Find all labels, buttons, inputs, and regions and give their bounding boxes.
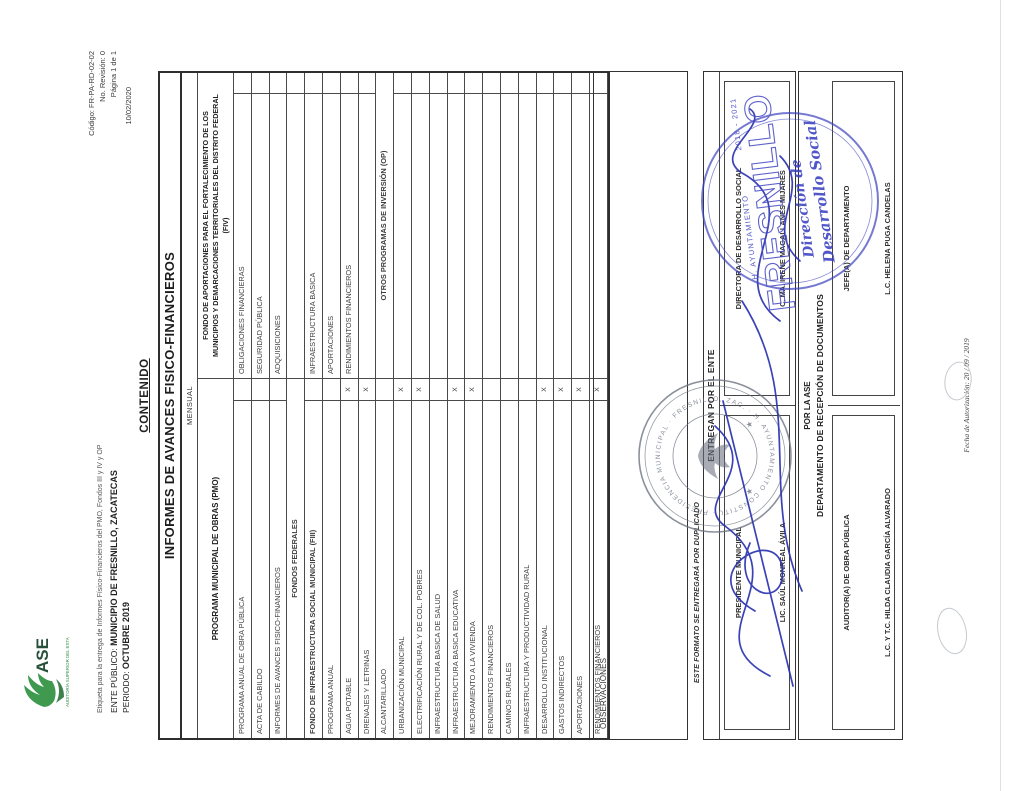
ase-subheader: DEPARTAMENTO DE RECEPCIÓN DE DOCUMENTOS — [814, 72, 828, 739]
table-row: DRENAJES Y LETRINASX — [359, 73, 377, 738]
fund-cell — [448, 93, 465, 378]
form-caption: Etiqueta para la entrega de Informes Fís… — [97, 445, 104, 713]
fund-cell — [430, 93, 447, 378]
signer-title: PRESIDENTE MUNICIPAL — [734, 416, 743, 729]
x-mark-cell — [519, 73, 536, 93]
program-cell: DRENAJES Y LETRINAS — [359, 400, 376, 738]
fund-cell — [537, 93, 554, 378]
x-mark-cell: X — [359, 378, 376, 400]
period-value: OCTUBRE 2019 — [121, 602, 131, 669]
x-mark-cell: X — [537, 378, 554, 400]
fund-cell — [394, 93, 411, 378]
entregan-block: ENTREGAN POR EL ENTE PRESIDENTE MUNICIPA… — [703, 71, 796, 740]
fund-cell — [519, 93, 536, 378]
program-cell: ELECTRIFICACIÓN RURAL Y DE COL. POBRES — [412, 400, 429, 738]
duplicate-note: ESTE FORMATO SE ENTREGARÁ POR DUPLICADO — [694, 502, 701, 683]
table-row: ELECTRIFICACIÓN RURAL Y DE COL. POBRESX — [412, 73, 430, 738]
x-mark-cell — [394, 73, 411, 93]
x-mark-cell — [465, 73, 482, 93]
program-cell: INFRAESTRUCTURA BASICA DE SALUD — [430, 400, 447, 738]
table-row: INFRAESTRUCTURA Y PRODUCTIVIDAD RURAL — [519, 73, 537, 738]
x-mark-cell — [305, 73, 322, 93]
signature-box: PRESIDENTE MUNICIPAL LIC. SAÚL MONREAL Á… — [724, 415, 790, 730]
program-cell: ALCANTARILLADO — [376, 400, 393, 738]
x-mark-cell — [483, 73, 500, 93]
signature-box: DIRECTORA DE DESARROLLO SOCIAL C. MA. IR… — [724, 81, 790, 396]
fund-cell: APORTACIONES — [323, 93, 340, 378]
table-row: GASTOS INDIRECTOSX — [554, 73, 572, 738]
table-row: FONDOS FEDERALES — [287, 73, 305, 738]
form-codes: Código: FR-PA-RD-02-02 No. Revisión: 0 P… — [86, 51, 119, 351]
print-date: 10/02/2020 — [124, 87, 133, 351]
program-cell: GASTOS INDIRECTOS — [554, 400, 571, 738]
signature-box: JEFE(A) DE DEPARTAMENTO L.C. HELENA PUGA… — [832, 81, 895, 396]
table-row: RENDIMIENTOS FINANCIEROS — [483, 73, 501, 738]
x-mark-cell — [323, 73, 340, 93]
program-cell: PROGRAMA ANUAL DE OBRA PÚBLICA — [234, 400, 251, 738]
fund-cell: INFRAESTRUCTURA BASICA — [305, 93, 322, 378]
program-cell: ACTA DE CABILDO — [252, 400, 269, 738]
x-mark-cell — [252, 73, 269, 93]
table-row: FONDO DE INFRAESTRUCTURA SOCIAL MUNICIPA… — [305, 73, 323, 738]
x-mark-cell — [359, 73, 376, 93]
fund-cell — [572, 93, 589, 378]
fund-cell — [483, 93, 500, 378]
table-row: APORTACIONESX — [572, 73, 590, 738]
scanned-document-canvas: ASE AUDITORÍA SUPERIOR DEL ESTADO Código… — [0, 0, 1024, 791]
x-mark-cell — [323, 378, 340, 400]
table-row: INFRAESTRUCTURA BASICA EDUCATIVAX — [448, 73, 466, 738]
program-cell: RENDIMIENTOS FINANCIEROS — [483, 400, 500, 738]
signer-title: DIRECTORA DE DESARROLLO SOCIAL — [734, 82, 743, 395]
x-mark-cell — [537, 73, 554, 93]
pmo-column-header: PROGRAMA MUNICIPAL DE OBRAS (PMO) — [198, 378, 233, 738]
x-mark-cell — [287, 73, 304, 93]
program-cell: INFRAESTRUCTURA BASICA EDUCATIVA — [448, 400, 465, 738]
program-cell: DESARROLLO INSTITUCIONAL — [537, 400, 554, 738]
entregan-header: ENTREGAN POR EL ENTE — [704, 72, 720, 739]
fund-cell: SEGURIDAD PÚBLICA — [252, 93, 269, 378]
fund-cell: OBLIGACIONES FINANCIERAS — [234, 93, 251, 378]
program-cell: INFORMES DE AVANCES FISICO-FINANCIEROS — [270, 400, 287, 738]
ase-logo-tagline: AUDITORÍA SUPERIOR DEL ESTADO — [65, 637, 70, 707]
section-header-cell: OTROS PROGRAMAS DE INVERSIÓN (OP) — [376, 73, 393, 378]
ase-logo-text: ASE — [33, 638, 52, 673]
fund-cell — [465, 93, 482, 378]
por-la-ase-block: POR LA ASE DEPARTAMENTO DE RECEPCIÓN DE … — [798, 71, 903, 740]
form-revision: No. Revisión: 0 — [97, 51, 108, 351]
section-header-cell: FONDOS FEDERALES — [287, 378, 304, 738]
x-mark-cell — [412, 73, 429, 93]
signer-name: C. MA. IRENE MAGALLANES MIJARES — [778, 82, 787, 395]
program-cell: FONDO DE INFRAESTRUCTURA SOCIAL MUNICIPA… — [305, 400, 322, 738]
signer-name: LIC. SAÚL MONREAL ÁVILA — [778, 416, 787, 729]
entity-label: ENTE PÚBLICO: — [109, 648, 119, 713]
scan-artifact-line — [1000, 0, 1001, 791]
x-mark-cell: X — [412, 378, 429, 400]
program-cell: MEJORAMIENTO A LA VIVIENDA — [465, 400, 482, 738]
signer-title: AUDITOR(A) DE OBRA PÚBLICA — [842, 416, 851, 729]
x-mark-cell — [270, 378, 287, 400]
table-title: INFORMES DE AVANCES FISICO-FINANCIEROS — [160, 73, 182, 738]
ase-header: POR LA ASE — [801, 72, 814, 739]
observations-box: OBSERVACIONES — [593, 71, 688, 740]
entregan-left-column: PRESIDENTE MUNICIPAL LIC. SAÚL MONREAL Á… — [720, 406, 795, 739]
signer-name: L.C. Y T.C. HILDA CLAUDIA GARCÍA ALVARAD… — [883, 416, 892, 729]
ase-right-column: JEFE(A) DE DEPARTAMENTO L.C. HELENA PUGA… — [828, 72, 900, 406]
table-row: ALCANTARILLADOOTROS PROGRAMAS DE INVERSI… — [376, 73, 394, 738]
signature-box: AUDITOR(A) DE OBRA PÚBLICA L.C. Y T.C. H… — [832, 415, 895, 730]
program-cell: PROGRAMA ANUAL — [323, 400, 340, 738]
table-row: CAMINOS RURALES — [501, 73, 519, 738]
x-mark-cell — [448, 73, 465, 93]
table-row: INFRAESTRUCTURA BASICA DE SALUD — [430, 73, 448, 738]
period-label: PERIODO: — [121, 671, 131, 713]
x-mark-cell — [519, 378, 536, 400]
program-cell: URBANIZACIÓN MUNICIPAL — [394, 400, 411, 738]
program-table-body: PROGRAMA ANUAL DE OBRA PÚBLICAOBLIGACION… — [234, 73, 608, 738]
table-row: DESARROLLO INSTITUCIONALX — [537, 73, 555, 738]
program-cell: APORTACIONES — [572, 400, 589, 738]
table-row: MEJORAMIENTO A LA VIVIENDAX — [465, 73, 483, 738]
table-subtitle: MENSUAL — [182, 73, 198, 738]
x-mark-cell: X — [394, 378, 411, 400]
period-line: PERIODO: OCTUBRE 2019 — [121, 602, 131, 713]
x-mark-cell — [376, 378, 393, 400]
x-mark-cell: X — [448, 378, 465, 400]
x-mark-cell — [501, 73, 518, 93]
fund-cell — [287, 93, 304, 378]
entregan-right-column: DIRECTORA DE DESARROLLO SOCIAL C. MA. IR… — [720, 72, 795, 406]
table-row: URBANIZACIÓN MUNICIPALX — [394, 73, 412, 738]
x-mark-cell — [234, 73, 251, 93]
form-code: Código: FR-PA-RD-02-02 — [86, 51, 97, 351]
table-header-row: PROGRAMA MUNICIPAL DE OBRAS (PMO) FONDO … — [198, 73, 234, 738]
signer-title: JEFE(A) DE DEPARTAMENTO — [842, 82, 851, 395]
x-mark-cell — [554, 73, 571, 93]
x-mark-cell — [501, 378, 518, 400]
x-mark-cell — [572, 73, 589, 93]
x-mark-cell — [234, 378, 251, 400]
program-cell: CAMINOS RURALES — [501, 400, 518, 738]
x-mark-cell — [483, 378, 500, 400]
table-row: INFORMES DE AVANCES FISICO-FINANCIEROSAD… — [270, 73, 288, 738]
program-cell: INFRAESTRUCTURA Y PRODUCTIVIDAD RURAL — [519, 400, 536, 738]
fund-cell: RENDIMIENTOS FINANCIEROS — [341, 93, 358, 378]
form-page-number: Página 1 de 1 — [108, 51, 119, 351]
program-cell: AGUA POTABLE — [341, 400, 358, 738]
contenido-heading: CONTENIDO — [139, 0, 151, 791]
table-row: ACTA DE CABILDOSEGURIDAD PÚBLICA — [252, 73, 270, 738]
fiv-column-header: FONDO DE APORTACIONES PARA EL FORTALECIM… — [198, 73, 233, 378]
table-row: PROGRAMA ANUAL DE OBRA PÚBLICAOBLIGACION… — [234, 73, 252, 738]
observations-label: OBSERVACIONES — [599, 658, 608, 729]
table-row: PROGRAMA ANUALAPORTACIONES — [323, 73, 341, 738]
x-mark-cell — [305, 378, 322, 400]
authorization-date: Fecha de Autorización: 20 / 09 / 2019 — [962, 0, 971, 791]
ase-logo: ASE AUDITORÍA SUPERIOR DEL ESTADO — [18, 637, 70, 711]
table-row: AGUA POTABLEXRENDIMIENTOS FINANCIEROS — [341, 73, 359, 738]
ase-eagle-icon: ASE AUDITORÍA SUPERIOR DEL ESTADO — [18, 637, 70, 711]
document-page: ASE AUDITORÍA SUPERIOR DEL ESTADO Código… — [0, 0, 1024, 791]
public-entity-line: ENTE PÚBLICO: MUNICIPIO DE FRESNILLO, ZA… — [109, 470, 119, 713]
programs-table: INFORMES DE AVANCES FISICO-FINANCIEROS M… — [158, 71, 610, 740]
x-mark-cell — [341, 73, 358, 93]
fund-cell — [501, 93, 518, 378]
x-mark-cell — [252, 378, 269, 400]
fund-cell: ADQUISICIONES — [270, 93, 287, 378]
signer-name: L.C. HELENA PUGA CANDELAS — [883, 82, 892, 395]
x-mark-cell — [430, 378, 447, 400]
x-mark-cell: X — [572, 378, 589, 400]
x-mark-cell: X — [465, 378, 482, 400]
x-mark-cell — [430, 73, 447, 93]
x-mark-cell — [270, 73, 287, 93]
x-mark-cell: X — [554, 378, 571, 400]
entity-value: MUNICIPIO DE FRESNILLO, ZACATECAS — [109, 470, 119, 646]
fund-cell — [554, 93, 571, 378]
fund-cell — [412, 93, 429, 378]
ase-left-column: AUDITOR(A) DE OBRA PÚBLICA L.C. Y T.C. H… — [828, 406, 900, 739]
x-mark-cell: X — [341, 378, 358, 400]
fund-cell — [359, 93, 376, 378]
